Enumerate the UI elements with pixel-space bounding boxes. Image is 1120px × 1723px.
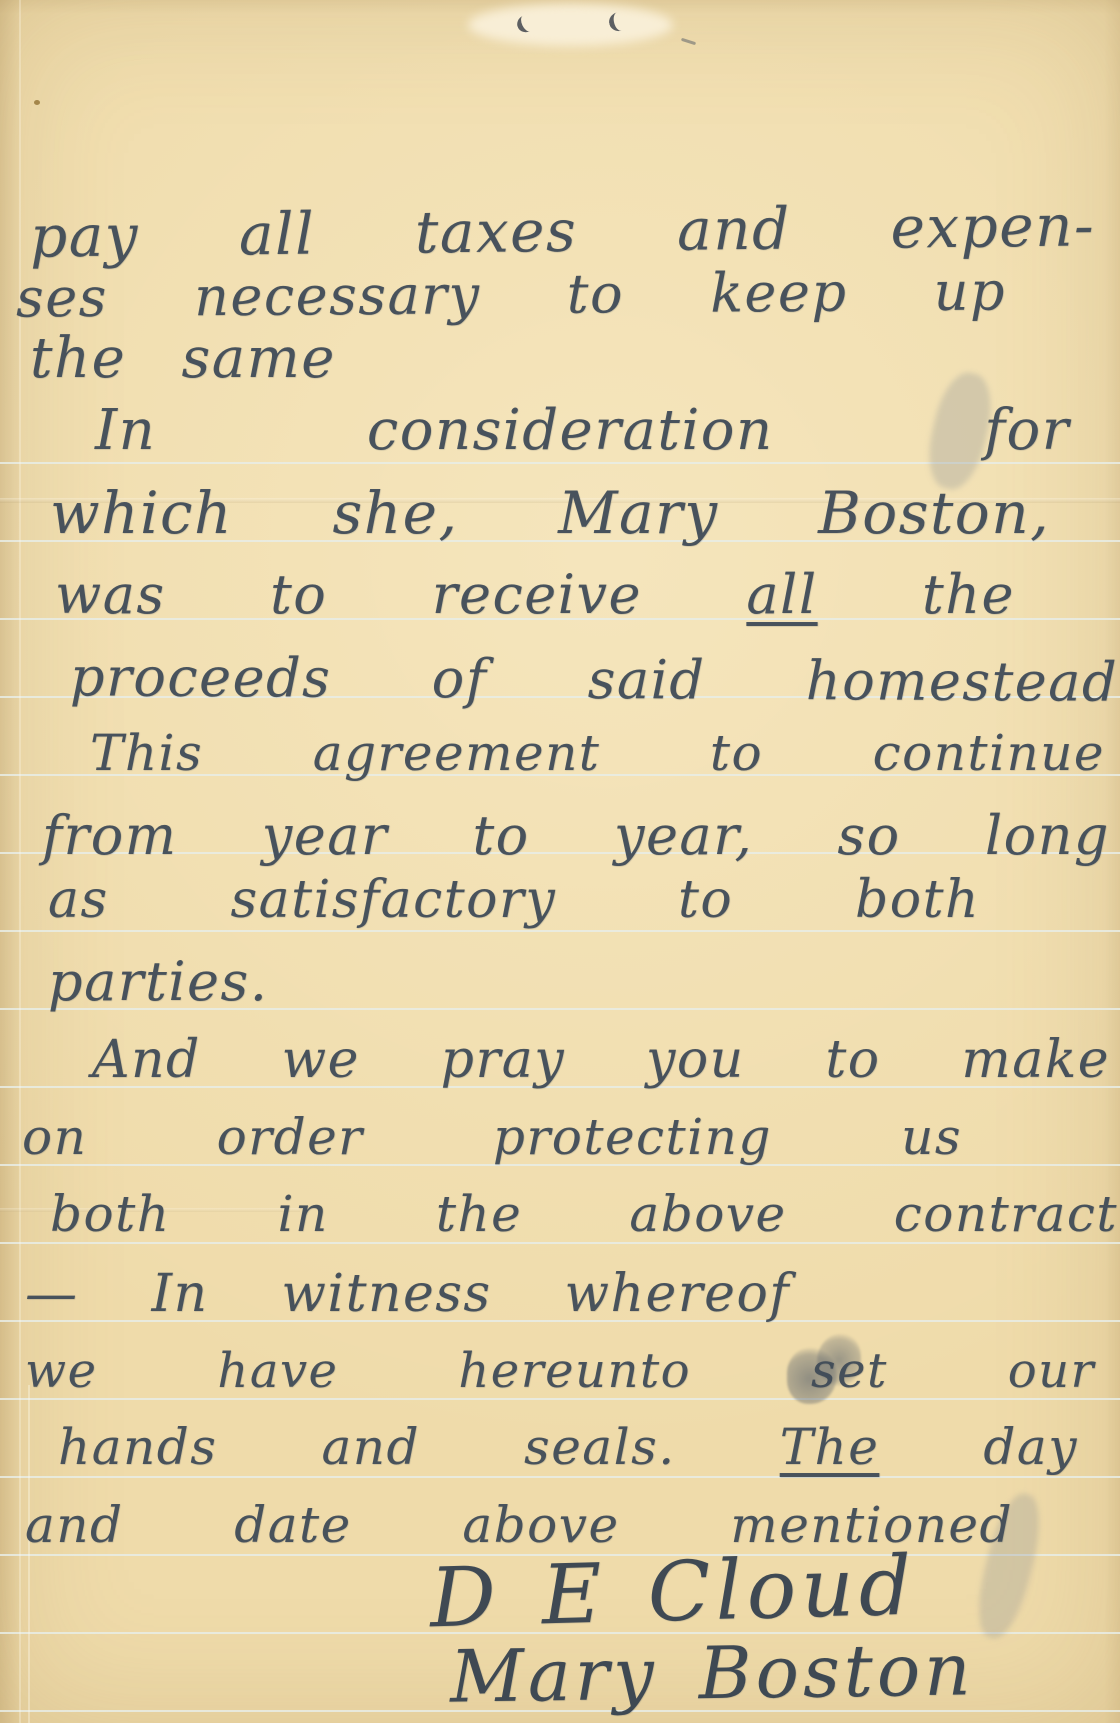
handwritten-line-6: was to receive all the	[55, 565, 1015, 624]
handwritten-line-13: on order protecting us	[22, 1110, 962, 1165]
handwritten-line-5: which she, Mary Boston,	[50, 482, 1050, 546]
handwritten-line-10: as satisfactory to both	[48, 872, 980, 929]
handwritten-line-9: from year to year, so long	[42, 806, 1110, 865]
paper-nick-mark	[681, 38, 696, 45]
underlined-word-all: all	[746, 563, 817, 626]
fold-crease	[28, 1385, 30, 1723]
line-6-pre: was to receive	[55, 563, 746, 626]
handwritten-line-11: parties.	[48, 952, 268, 1011]
paper-edge-line	[19, 0, 21, 1723]
handwritten-line-14: both in the above contract	[50, 1187, 1118, 1242]
handwritten-line-2: ses necessary to keep up	[16, 262, 1006, 328]
underlined-word-the: The	[780, 1418, 880, 1476]
tear-scuff-mark	[468, 4, 673, 46]
handwritten-line-3: the same	[30, 328, 336, 390]
handwritten-line-12: And we pray you to make	[92, 1032, 1110, 1089]
handwritten-line-17: hands and seals. The day	[58, 1420, 1078, 1475]
line-17-post: day	[879, 1418, 1078, 1476]
signature-mary-boston: Mary Boston	[449, 1630, 975, 1717]
handwritten-line-7: proceeds of said homestead	[70, 647, 1118, 712]
handwritten-line-15: — In witness whereof	[25, 1266, 790, 1323]
line-6-post: the	[818, 563, 1015, 626]
paper-speck	[34, 100, 40, 105]
handwritten-line-8: This agreement to continue	[90, 726, 1105, 781]
paper-background: pay all taxes and expen- ses necessary t…	[0, 0, 1120, 1723]
handwritten-line-1: pay all taxes and expen-	[30, 194, 1096, 269]
handwritten-line-16: we have hereunto set our	[25, 1345, 1095, 1398]
handwritten-line-4: In consideration for	[95, 400, 1070, 462]
line-17-pre: hands and seals.	[58, 1418, 780, 1476]
